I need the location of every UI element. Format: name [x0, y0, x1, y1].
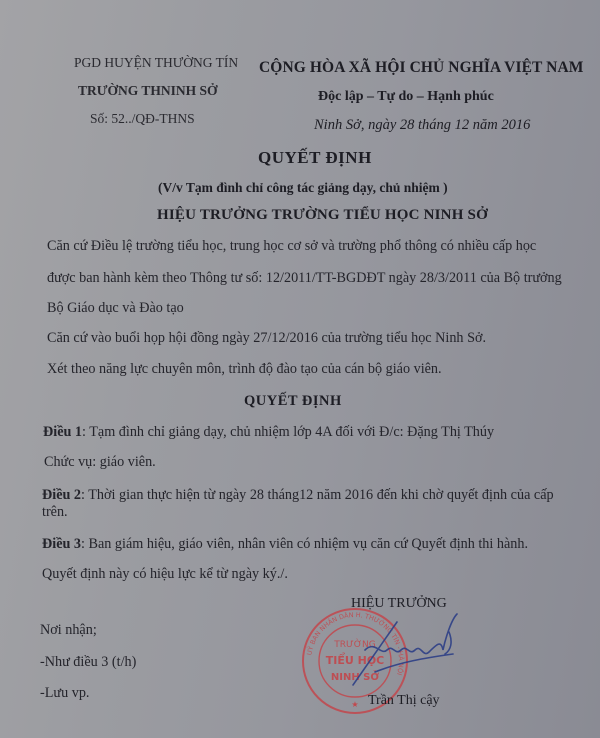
preamble-line: Căn cứ vào buổi họp hội đồng ngày 27/12/… — [47, 330, 486, 347]
preamble-line: Xét theo năng lực chuyên môn, trình độ đ… — [47, 361, 442, 378]
national-motto: Độc lập – Tự do – Hạnh phúc — [318, 89, 494, 105]
recipients-heading: Nơi nhận; — [40, 622, 97, 639]
effective-clause: Quyết định này có hiệu lực kể từ ngày ký… — [42, 566, 288, 583]
stamp-line: TIỂU HỌC — [326, 652, 385, 667]
article-3: Điều 3: Ban giám hiệu, giáo viên, nhân v… — [42, 536, 528, 553]
article-text: : Thời gian thực hiện từ ngày 28 tháng12… — [81, 487, 554, 503]
signatory-name: Trần Thị cậy — [368, 693, 440, 709]
signatory-title: HIỆU TRƯỞNG — [351, 596, 447, 612]
place-and-date: Ninh Sở, ngày 28 tháng 12 năm 2016 — [314, 117, 530, 134]
article-1: Điều 1: Tạm đình chỉ giảng dạy, chủ nhiệ… — [43, 424, 494, 441]
preamble-line: Bộ Giáo dục và Đào tạo — [47, 300, 184, 317]
agency-name: PGD HUYỆN THƯỜNG TÍN — [74, 55, 238, 71]
article-label: Điều 3 — [42, 536, 81, 552]
issuing-authority: HIỆU TRƯỞNG TRƯỜNG TIỂU HỌC NINH SỞ — [157, 207, 488, 224]
recipient-item: -Như điều 3 (t/h) — [40, 654, 136, 671]
national-title: CỘNG HÒA XÃ HỘI CHỦ NGHĨA VIỆT NAM — [259, 59, 584, 77]
handwritten-signature — [345, 610, 465, 700]
preamble-line: Căn cứ Điều lệ trường tiểu học, trung họ… — [47, 238, 536, 255]
decision-heading: QUYẾT ĐỊNH — [244, 393, 342, 410]
article-text: : Tạm đình chỉ giảng dạy, chủ nhiệm lớp … — [82, 424, 494, 440]
document-subject: (V/v Tạm đình chỉ công tác giảng dạy, ch… — [158, 180, 448, 196]
document-number: Số: 52../QĐ-THNS — [90, 111, 195, 127]
svg-text:UỶ BAN NHÂN DÂN H. THƯỜNG TÍN: UỶ BAN NHÂN DÂN H. THƯỜNG TÍN - HÀ NỘI — [305, 610, 406, 676]
article-text: : Ban giám hiệu, giáo viên, nhân viên có… — [81, 536, 528, 552]
stamp-line: TRƯỜNG — [333, 638, 375, 650]
school-name: TRƯỜNG THNINH SỞ — [78, 83, 218, 99]
decision-document: PGD HUYỆN THƯỜNG TÍN TRƯỜNG THNINH SỞ Số… — [0, 0, 600, 738]
article-label: Điều 2 — [42, 487, 81, 503]
recipient-item: -Lưu vp. — [40, 685, 89, 702]
article-2: Điều 2: Thời gian thực hiện từ ngày 28 t… — [42, 487, 554, 504]
document-title: QUYẾT ĐỊNH — [258, 148, 372, 168]
star-icon: ★ — [351, 700, 358, 709]
preamble-line: được ban hành kèm theo Thông tư số: 12/2… — [47, 270, 562, 287]
stamp-ring-text: UỶ BAN NHÂN DÂN H. THƯỜNG TÍN - HÀ NỘI — [305, 610, 406, 676]
article-label: Điều 1 — [43, 424, 82, 440]
article-1-position: Chức vụ: giáo viên. — [44, 454, 156, 471]
article-2-continuation: trên. — [42, 504, 68, 521]
stamp-line: NINH SỞ — [331, 669, 380, 683]
